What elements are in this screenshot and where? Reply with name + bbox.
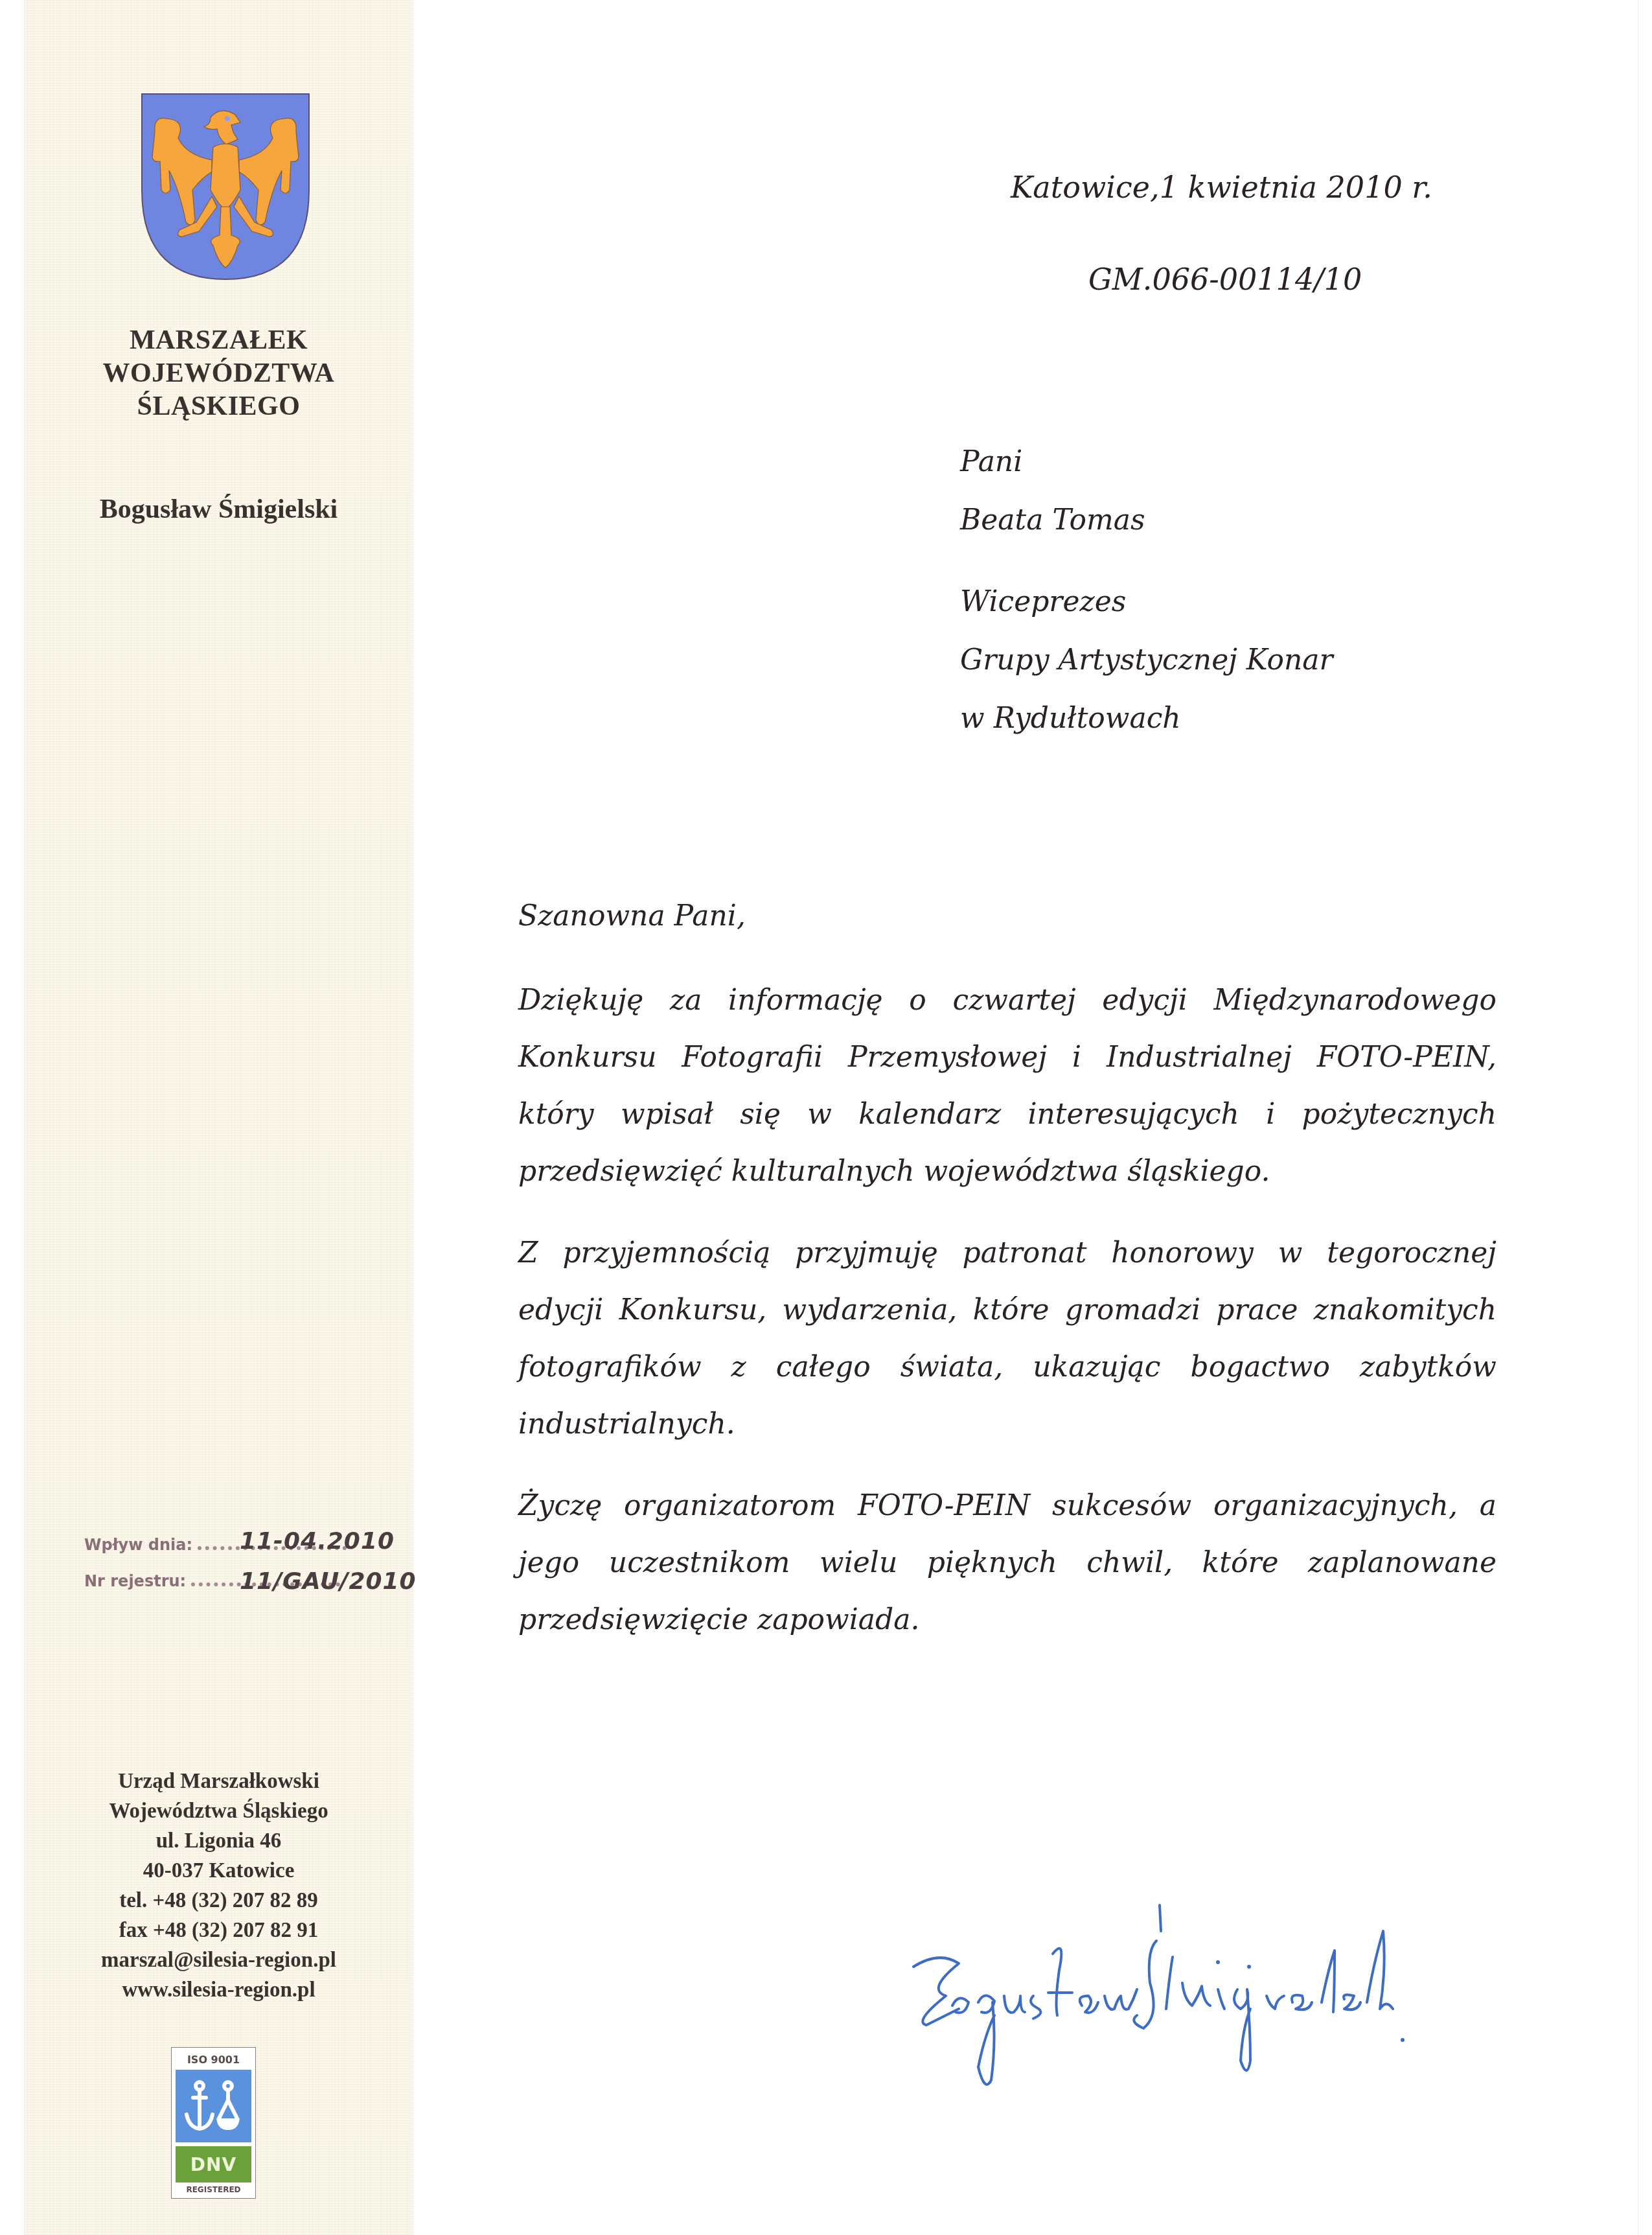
letter-body: Szanowna Pani, Dziękuję za informację o …: [518, 888, 1497, 1673]
office-title-line: WOJEWÓDZTWA: [24, 357, 413, 390]
office-fax: fax +48 (32) 207 82 91: [24, 1916, 413, 1945]
dnv-mark: DNV: [176, 2146, 251, 2183]
registry-stamp: Wpływ dnia: 11-04.2010 Nr rejestru: 11/G…: [84, 1536, 434, 1608]
office-street: ul. Ligonia 46: [24, 1826, 413, 1856]
page-edge: [1638, 0, 1638, 2235]
stamp-register-label: Nr rejestru:: [84, 1572, 186, 1590]
recipient-name: Beata Tomas: [960, 491, 1333, 550]
recipient-position: Wiceprezes: [960, 573, 1333, 631]
recipient-location: w Rydułtowach: [960, 689, 1333, 748]
office-city: 40-037 Katowice: [24, 1856, 413, 1886]
registered-label: REGISTERED: [172, 2183, 255, 2197]
body-paragraph: Z przyjemnością przyjmuję patronat honor…: [518, 1225, 1497, 1453]
marshal-name: Bogusław Śmigielski: [24, 494, 413, 525]
letter-date: Katowice,1 kwietnia 2010 r.: [1011, 170, 1432, 205]
recipient-title: Pani: [960, 433, 1333, 491]
stamp-received-label: Wpływ dnia:: [84, 1536, 192, 1554]
stamp-register-row: Nr rejestru: 11/GAU/2010: [84, 1572, 434, 1608]
office-website: www.silesia-region.pl: [24, 1975, 413, 2005]
office-phone: tel. +48 (32) 207 82 89: [24, 1886, 413, 1916]
coat-of-arms-icon: [141, 93, 310, 281]
stamp-received-value: 11-04.2010: [240, 1528, 395, 1555]
office-line: Województwa Śląskiego: [24, 1796, 413, 1826]
office-title: MARSZAŁEK WOJEWÓDZTWA ŚLĄSKIEGO: [24, 324, 413, 423]
iso-certification-badge: ISO 9001 DNV REGISTERED: [171, 2047, 256, 2199]
office-line: Urząd Marszałkowski: [24, 1766, 413, 1796]
office-title-line: ŚLĄSKIEGO: [24, 390, 413, 423]
anchor-and-scales-icon: [176, 2070, 251, 2142]
body-paragraph: Dziękuję za informację o czwartej edycji…: [518, 972, 1497, 1200]
handwritten-signature: [888, 1886, 1419, 2100]
stamp-register-value: 11/GAU/2010: [240, 1568, 417, 1595]
recipient-organization: Grupy Artystycznej Konar: [960, 631, 1333, 689]
iso-label: ISO 9001: [172, 2048, 255, 2070]
salutation: Szanowna Pani,: [518, 888, 1497, 945]
stamp-received-row: Wpływ dnia: 11-04.2010: [84, 1536, 434, 1572]
body-paragraph: Życzę organizatorom FOTO-PEIN sukcesów o…: [518, 1477, 1497, 1649]
office-address: Urząd Marszałkowski Województwa Śląskieg…: [24, 1766, 413, 2005]
office-title-line: MARSZAŁEK: [24, 324, 413, 357]
recipient-block: Pani Beata Tomas Wiceprezes Grupy Artyst…: [960, 433, 1333, 748]
office-email: marszal@silesia-region.pl: [24, 1945, 413, 1975]
reference-number: GM.066-00114/10: [1088, 262, 1362, 297]
